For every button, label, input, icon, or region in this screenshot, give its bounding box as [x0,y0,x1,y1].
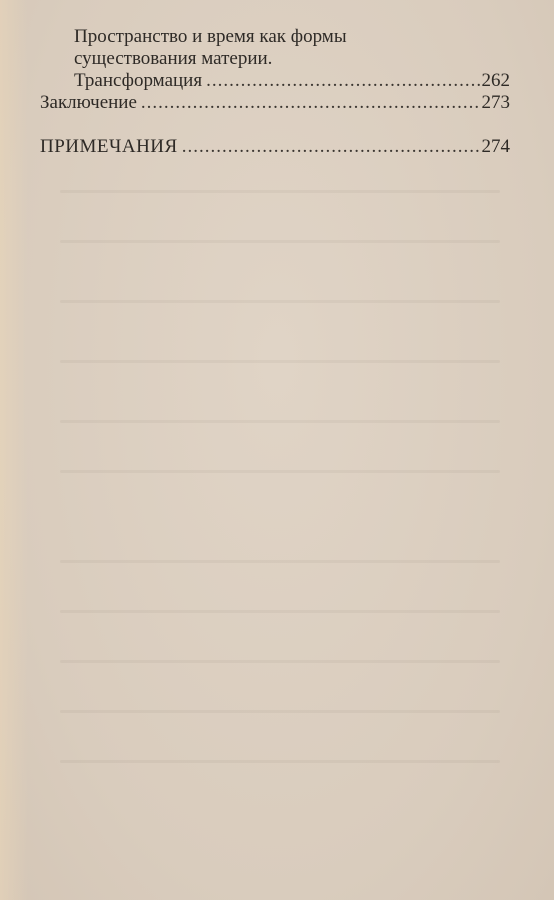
toc-entry-notes[interactable]: ПРИМЕЧАНИЯ 274 [40,136,510,158]
spacer [40,114,510,136]
toc-entry-space-time[interactable]: Трансформация 262 [40,70,510,92]
toc-entry-title: Трансформация [74,70,202,92]
show-through-texture [60,300,500,303]
show-through-texture [60,560,500,563]
show-through-texture [60,240,500,243]
book-page: Пространство и время как формы существов… [0,0,554,900]
show-through-texture [60,360,500,363]
toc-entry-title: ПРИМЕЧАНИЯ [40,136,178,158]
toc-page-number: 273 [482,92,511,114]
show-through-texture [60,660,500,663]
table-of-contents: Пространство и время как формы существов… [40,26,510,158]
toc-entry-conclusion[interactable]: Заключение 273 [40,92,510,114]
dot-leader [206,70,479,92]
show-through-texture [60,760,500,763]
toc-entry-title-line: существования материи. [40,48,510,70]
toc-entry-title-line: Пространство и время как формы [40,26,510,48]
show-through-texture [60,610,500,613]
show-through-texture [60,710,500,713]
dot-leader [141,92,480,114]
show-through-texture [60,190,500,193]
toc-page-number: 262 [482,70,511,92]
show-through-texture [60,470,500,473]
dot-leader [182,136,480,158]
show-through-texture [60,420,500,423]
toc-entry-title: Заключение [40,92,137,114]
toc-page-number: 274 [482,136,511,158]
